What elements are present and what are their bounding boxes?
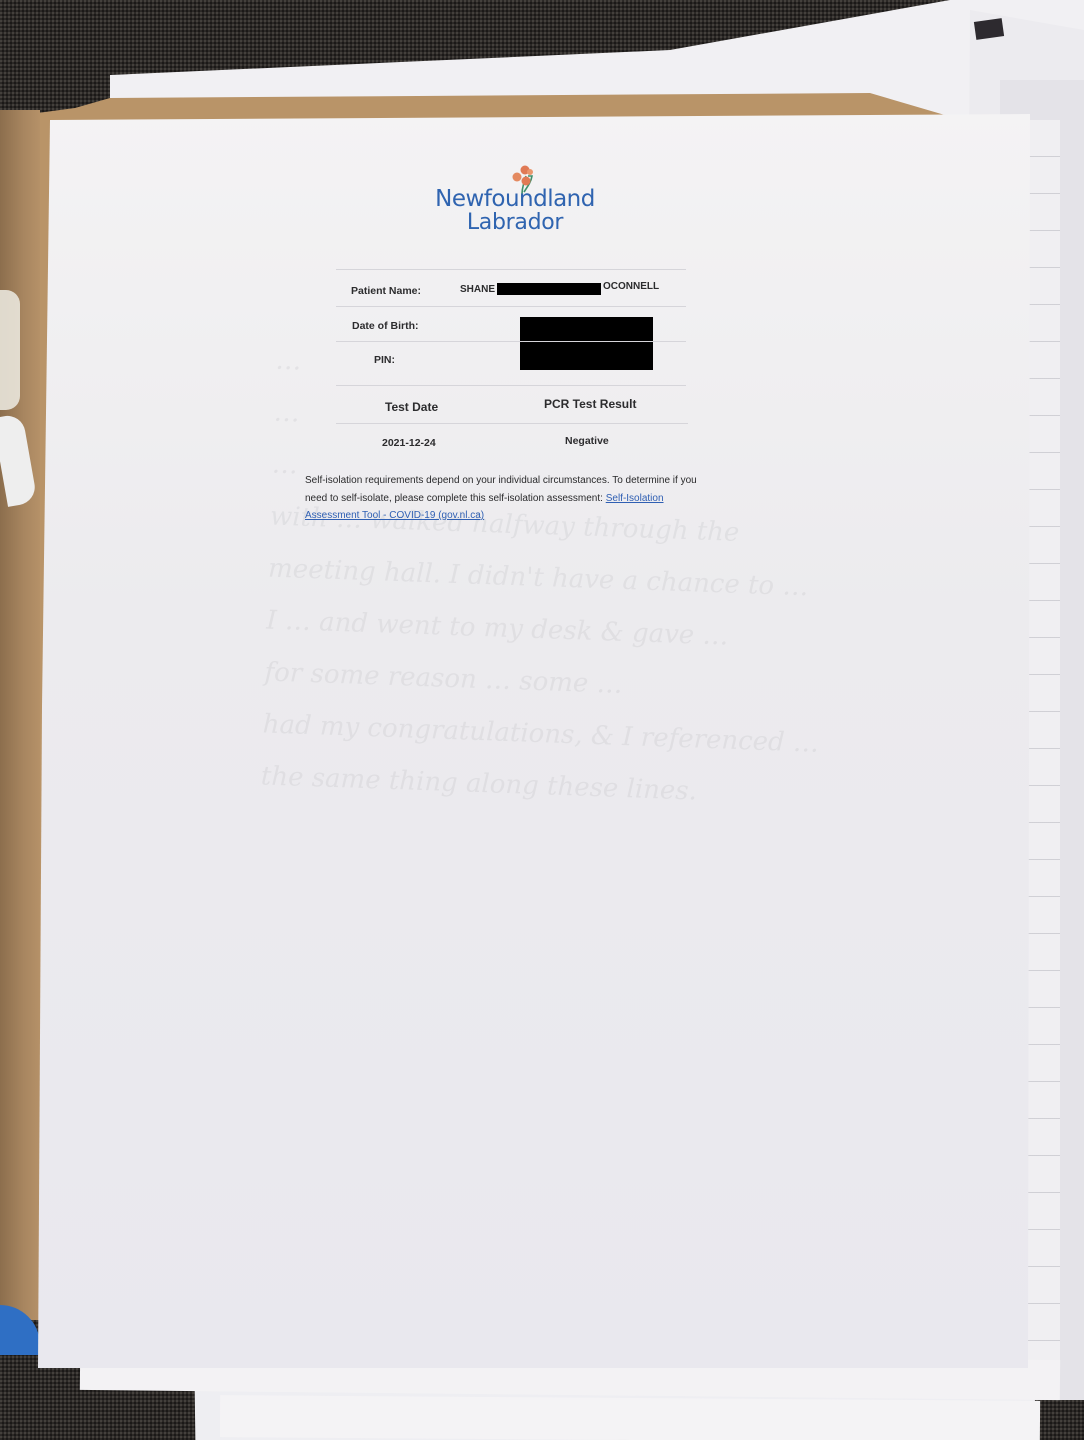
test-date-value: 2021-12-24: [382, 437, 436, 449]
dob-label: Date of Birth:: [352, 320, 419, 332]
col-header-pcr-result: PCR Test Result: [544, 397, 636, 411]
patient-last-name: OCONNELL: [603, 281, 659, 292]
divider: [336, 306, 686, 307]
divider: [336, 423, 688, 424]
redaction-box: [520, 317, 653, 370]
patient-name-label: Patient Name:: [351, 285, 421, 297]
divider: [336, 341, 686, 342]
dark-tab: [974, 18, 1004, 40]
pin-label: PIN:: [374, 354, 395, 366]
logo-text-newfoundland: Newfoundland: [430, 186, 600, 212]
divider: [336, 385, 686, 386]
self-isolation-notice: Self-isolation requirements depend on yo…: [305, 472, 715, 525]
rubber-band: [0, 290, 20, 410]
logo-text-labrador: Labrador: [430, 210, 600, 235]
divider: [336, 269, 686, 270]
col-header-test-date: Test Date: [385, 400, 438, 414]
background-paper: [220, 1395, 1040, 1440]
pcr-result-value: Negative: [565, 435, 609, 447]
test-result-page: … … … with … walked halfway through the …: [38, 106, 1030, 1368]
patient-first-name: SHANE: [460, 284, 495, 295]
redaction-bar: [497, 283, 601, 295]
